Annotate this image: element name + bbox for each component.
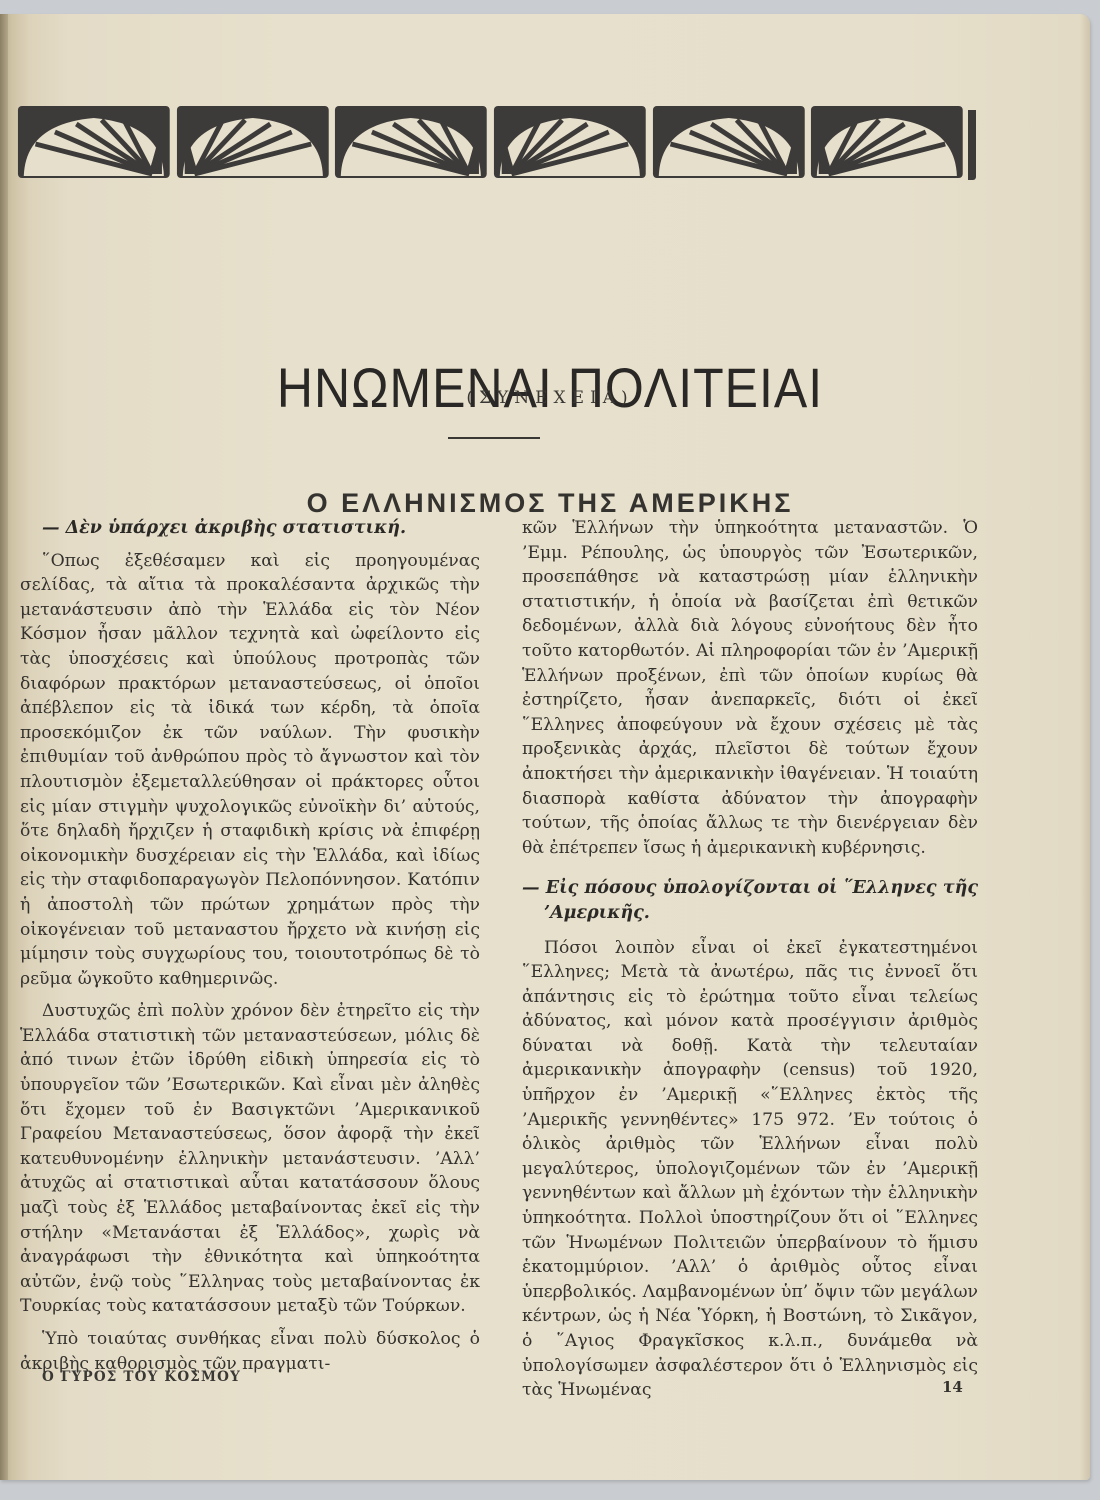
- paragraph: ῞Οπως ἐξεθέσαμεν καὶ εἰς προηγουμένας σε…: [20, 549, 480, 992]
- subheading: — Εἰς πόσους ὑπολογίζονται οἱ ῞Ελληνες τ…: [522, 876, 978, 925]
- paragraph: Πόσοι λοιπὸν εἶναι οἱ ἐκεῖ ἐγκατεστημένο…: [522, 936, 978, 1403]
- fan-ornament-icon: [16, 104, 172, 180]
- subtitle-continuation: (ΣΥΝΕΧΕΙΑ): [0, 388, 1100, 408]
- fan-ornament-icon: [809, 104, 965, 180]
- publication-name: Ο ΓΥΡΟΣ ΤΟΥ ΚΟΣΜΟΥ: [42, 1369, 241, 1385]
- subheading: — Δὲν ὑπάρχει ἀκριβὴς στατιστική.: [20, 516, 480, 541]
- fan-ornament-icon: [333, 104, 489, 180]
- title-divider: [448, 437, 540, 439]
- fan-ornament-icon: [175, 104, 331, 180]
- ornamental-banner: [16, 104, 976, 180]
- fan-ornament-icon: [492, 104, 648, 180]
- banner-end-bar: [968, 110, 976, 180]
- fan-ornament-icon: [651, 104, 807, 180]
- paragraph: Δυστυχῶς ἐπὶ πολὺν χρόνον δὲν ἐτηρεῖτο ε…: [20, 999, 480, 1319]
- faded-stamp: [840, 1380, 890, 1406]
- left-column: — Δὲν ὑπάρχει ἀκριβὴς στατιστική. ῞Οπως …: [20, 516, 480, 1376]
- page-gutter-shadow: [0, 14, 8, 1480]
- right-column: κῶν Ἑλλήνων τὴν ὑπηκοότητα μεταναστῶν. Ὁ…: [522, 516, 978, 1403]
- paragraph: κῶν Ἑλλήνων τὴν ὑπηκοότητα μεταναστῶν. Ὁ…: [522, 516, 978, 860]
- page-number: 14: [942, 1378, 963, 1396]
- section-title: Ο ΕΛΛΗΝΙΣΜΟΣ ΤΗΣ ΑΜΕΡΙΚΗΣ: [0, 488, 1100, 519]
